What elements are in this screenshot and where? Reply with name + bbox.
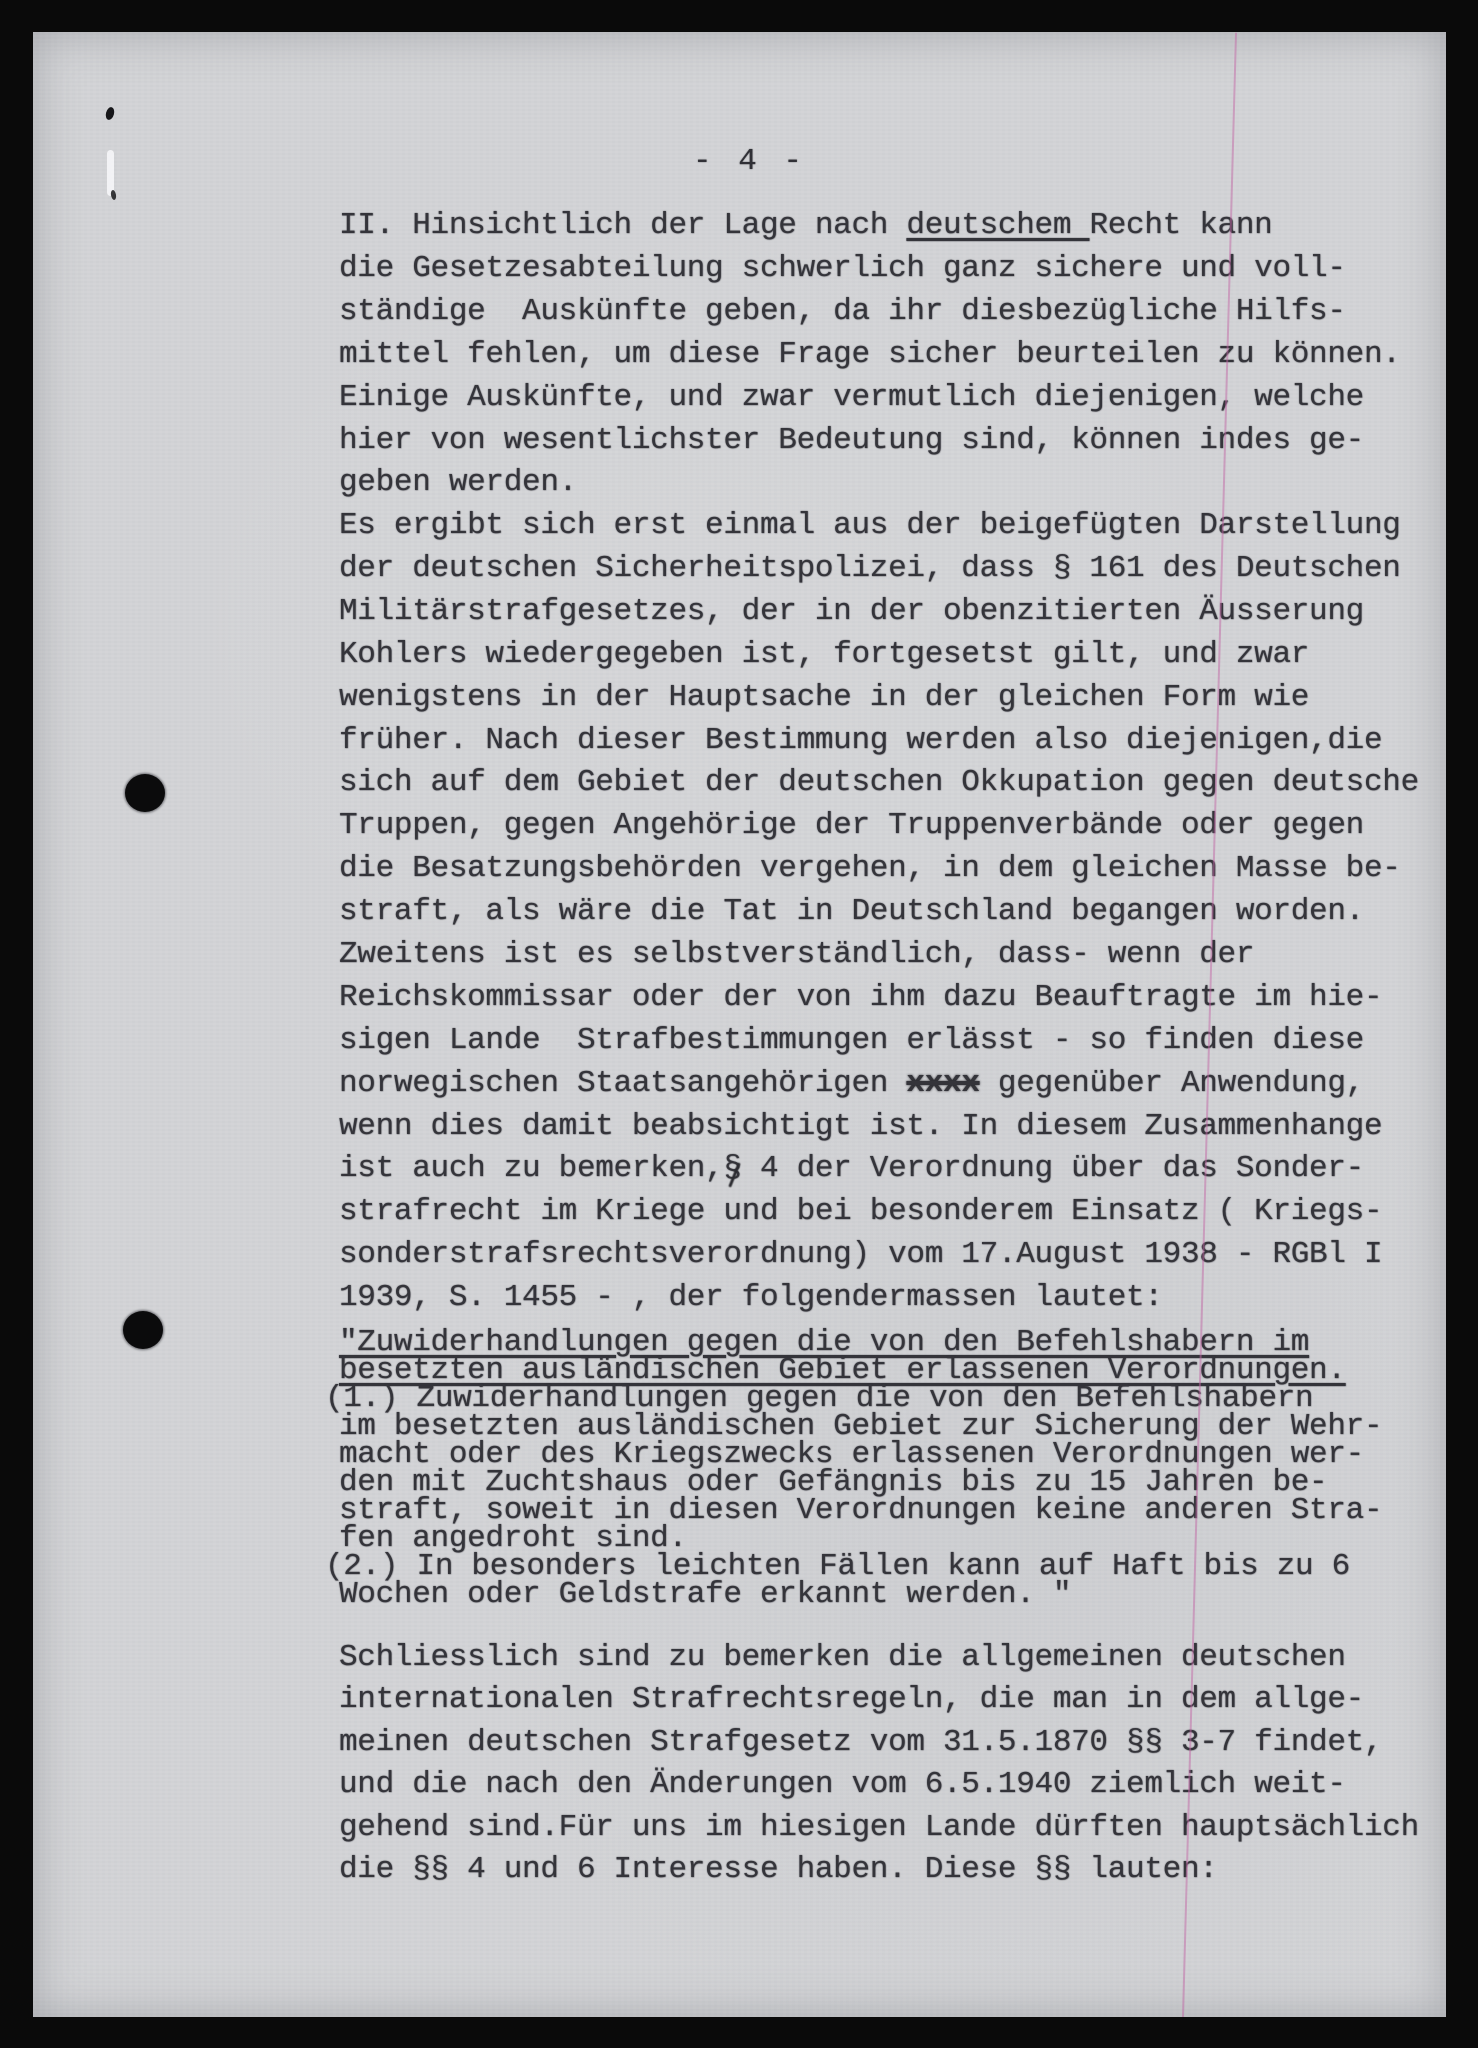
text-segment: Es ergibt sich erst einmal aus der beige… xyxy=(339,508,1401,543)
text-segment: Einige Auskünfte, und zwar vermutlich di… xyxy=(339,380,1364,415)
text-line: norwegischen Staatsangehörigen xxxx gege… xyxy=(339,1069,1364,1099)
text-line: sonderstrafsrechtsverordnung) vom 17.Aug… xyxy=(339,1240,1382,1270)
text-line: und die nach den Änderungen vom 6.5.1940… xyxy=(339,1770,1346,1800)
text-line: hier von wesentlichster Bedeutung sind, … xyxy=(339,426,1364,456)
text-line: Wochen oder Geldstrafe erkannt werden. " xyxy=(339,1580,1071,1610)
text-segment: früher. Nach dieser Bestimmung werden al… xyxy=(339,723,1382,758)
text-line: die §§ 4 und 6 Interesse haben. Diese §§… xyxy=(339,1855,1218,1885)
text-segment: sigen Lande Strafbestimmungen erlässt - … xyxy=(339,1023,1364,1058)
text-segment: Kohlers wiedergegeben ist, fortgesetst g… xyxy=(339,637,1309,672)
text-segment: norwegischen Staatsangehörigen xyxy=(339,1066,906,1101)
text-line: früher. Nach dieser Bestimmung werden al… xyxy=(339,726,1382,756)
text-segment: wenigstens in der Hauptsache in der glei… xyxy=(339,680,1309,715)
text-segment: ständige Auskünfte geben, da ihr diesbez… xyxy=(339,294,1346,329)
text-segment: meinen deutschen Strafgesetz vom 31.5.18… xyxy=(339,1725,1382,1760)
text-segment: und die nach den Änderungen vom 6.5.1940… xyxy=(339,1767,1346,1802)
text-segment: ist auch zu bemerken,§ 4 der Verordnung … xyxy=(339,1151,1364,1186)
text-segment: der deutschen Sicherheitspolizei, dass §… xyxy=(339,551,1401,586)
text-segment: die §§ 4 und 6 Interesse haben. Diese §§… xyxy=(339,1852,1218,1887)
text-line: mittel fehlen, um diese Frage sicher beu… xyxy=(339,340,1401,370)
text-line: der deutschen Sicherheitspolizei, dass §… xyxy=(339,554,1401,584)
document-body: - 4 - II. Hinsichtlich der Lage nach deu… xyxy=(33,32,1446,2017)
text-line: gehend sind.Für uns im hiesigen Lande dü… xyxy=(339,1813,1419,1843)
page-number: - 4 - xyxy=(693,144,806,179)
text-segment: gegenüber Anwendung, xyxy=(980,1066,1364,1101)
text-segment: Reichskommissar oder der von ihm dazu Be… xyxy=(339,980,1382,1015)
text-line: geben werden. xyxy=(339,468,577,498)
text-segment: sich auf dem Gebiet der deutschen Okkupa… xyxy=(339,765,1419,800)
text-line: ständige Auskünfte geben, da ihr diesbez… xyxy=(339,297,1346,327)
punch-hole xyxy=(123,1311,163,1349)
text-line: Kohlers wiedergegeben ist, fortgesetst g… xyxy=(339,640,1309,670)
punch-hole xyxy=(125,774,165,812)
text-segment: Schliesslich sind zu bemerken die allgem… xyxy=(339,1640,1346,1675)
text-line: sich auf dem Gebiet der deutschen Okkupa… xyxy=(339,768,1419,798)
text-segment: gehend sind.Für uns im hiesigen Lande dü… xyxy=(339,1810,1419,1845)
text-segment: sonderstrafsrechtsverordnung) vom 17.Aug… xyxy=(339,1237,1382,1272)
struck-text: xxxx xyxy=(906,1066,979,1101)
underlined-text: deutschem xyxy=(906,208,1089,243)
text-line: Zweitens ist es selbstverständlich, dass… xyxy=(339,940,1254,970)
text-line: die Besatzungsbehörden vergehen, in dem … xyxy=(339,854,1401,884)
text-segment: Militärstrafgesetzes, der in der obenzit… xyxy=(339,594,1364,629)
text-line: 1939, S. 1455 - , der folgendermassen la… xyxy=(339,1283,1163,1313)
text-line: meinen deutschen Strafgesetz vom 31.5.18… xyxy=(339,1728,1382,1758)
text-line: Militärstrafgesetzes, der in der obenzit… xyxy=(339,597,1364,627)
text-line: Es ergibt sich erst einmal aus der beige… xyxy=(339,511,1401,541)
text-segment: die Gesetzesabteilung schwerlich ganz si… xyxy=(339,251,1346,286)
text-line: Schliesslich sind zu bemerken die allgem… xyxy=(339,1643,1346,1673)
text-segment: Recht kann xyxy=(1089,208,1272,243)
text-line: internationalen Strafrechtsregeln, die m… xyxy=(339,1685,1364,1715)
text-segment: 1939, S. 1455 - , der folgendermassen la… xyxy=(339,1280,1163,1315)
text-segment: die Besatzungsbehörden vergehen, in dem … xyxy=(339,851,1401,886)
text-line: II. Hinsichtlich der Lage nach deutschem… xyxy=(339,211,1272,241)
text-segment: internationalen Strafrechtsregeln, die m… xyxy=(339,1682,1364,1717)
scan-canvas: - 4 - II. Hinsichtlich der Lage nach deu… xyxy=(0,0,1478,2048)
text-line: sigen Lande Strafbestimmungen erlässt - … xyxy=(339,1026,1364,1056)
text-line: Reichskommissar oder der von ihm dazu Be… xyxy=(339,983,1382,1013)
text-line: ist auch zu bemerken,§ 4 der Verordnung … xyxy=(339,1154,1364,1184)
text-segment: geben werden. xyxy=(339,465,577,500)
text-segment: II. Hinsichtlich der Lage nach xyxy=(339,208,906,243)
text-segment: mittel fehlen, um diese Frage sicher beu… xyxy=(339,337,1401,372)
text-segment: hier von wesentlichster Bedeutung sind, … xyxy=(339,423,1364,458)
text-segment: wenn dies damit beabsichtigt ist. In die… xyxy=(339,1109,1382,1144)
text-line: die Gesetzesabteilung schwerlich ganz si… xyxy=(339,254,1346,284)
text-segment: Zweitens ist es selbstverständlich, dass… xyxy=(339,937,1254,972)
text-segment: Truppen, gegen Angehörige der Truppenver… xyxy=(339,808,1364,843)
document-page: - 4 - II. Hinsichtlich der Lage nach deu… xyxy=(33,32,1446,2017)
text-line: wenigstens in der Hauptsache in der glei… xyxy=(339,683,1309,713)
text-line: Einige Auskünfte, und zwar vermutlich di… xyxy=(339,383,1364,413)
text-segment: Wochen oder Geldstrafe erkannt werden. " xyxy=(339,1577,1071,1612)
text-line: strafrecht im Kriege und bei besonderem … xyxy=(339,1197,1382,1227)
text-line: wenn dies damit beabsichtigt ist. In die… xyxy=(339,1112,1382,1142)
text-segment: strafrecht im Kriege und bei besonderem … xyxy=(339,1194,1382,1229)
text-line: Truppen, gegen Angehörige der Truppenver… xyxy=(339,811,1364,841)
